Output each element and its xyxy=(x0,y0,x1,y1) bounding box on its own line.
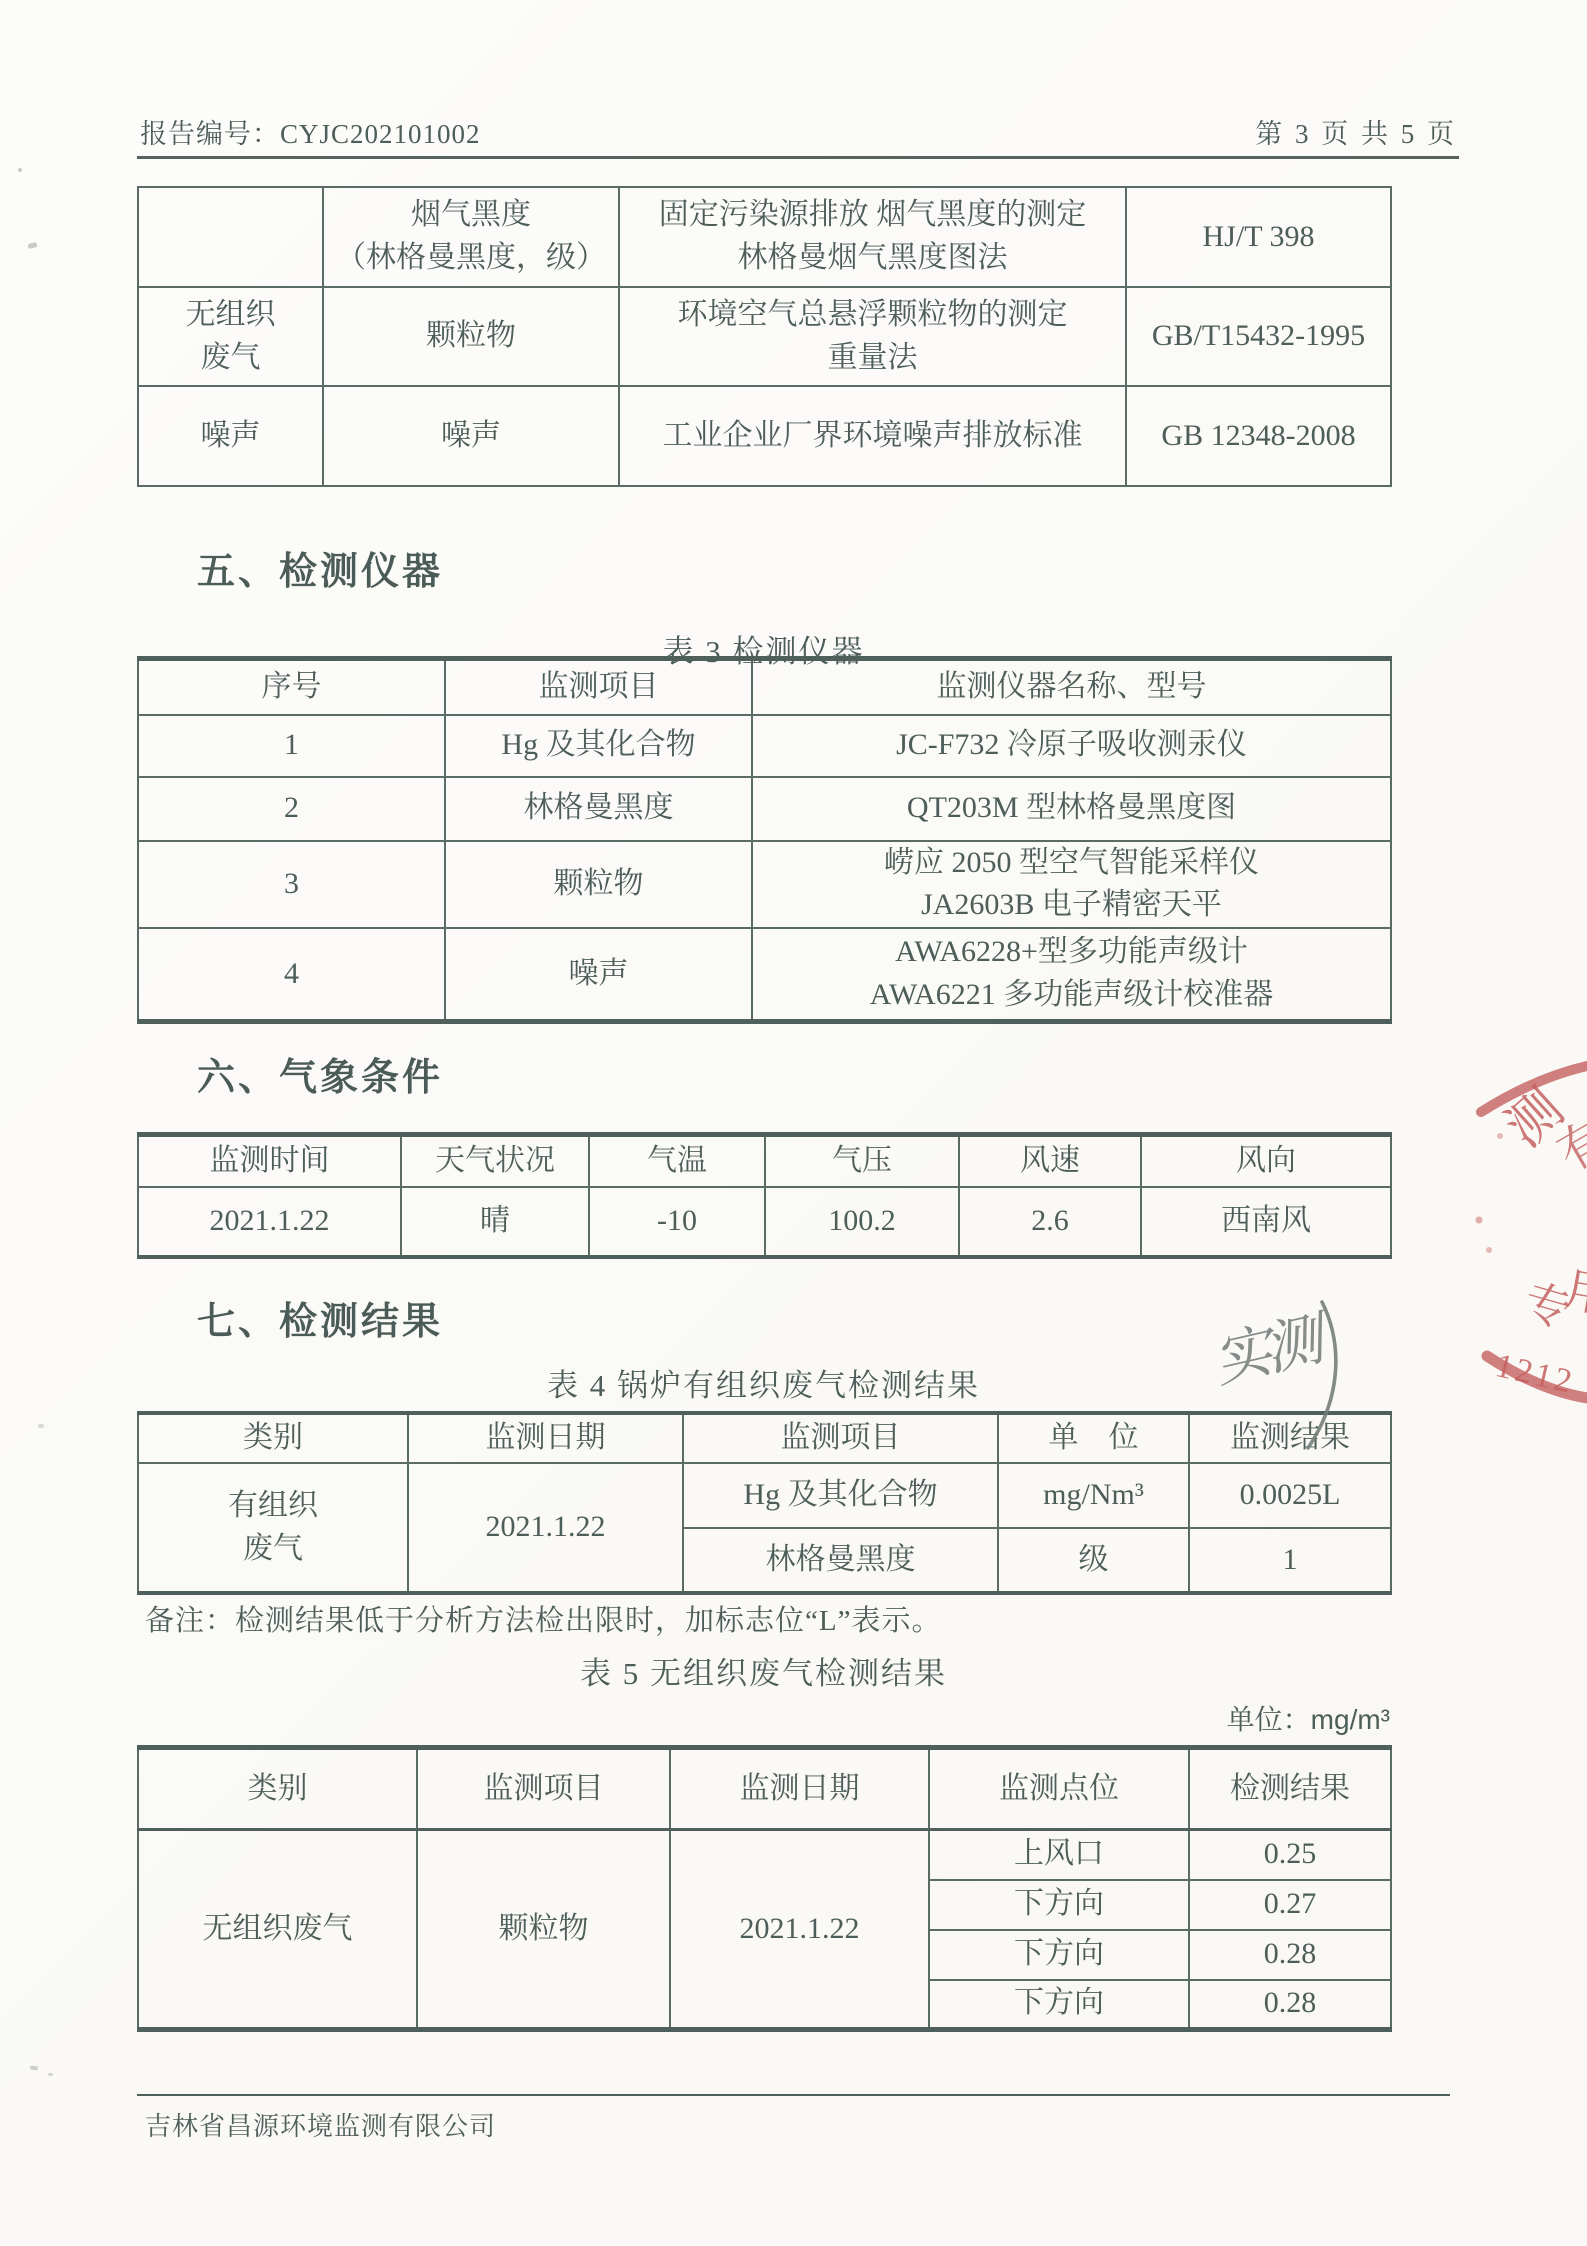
remark-note: 备注：检测结果低于分析方法检出限时，加标志位“L”表示。 xyxy=(145,1598,941,1639)
red-seal-stamp: 测 有 专 用 1212 xyxy=(1437,1008,1587,1448)
col-header-no: 序号 xyxy=(138,659,445,715)
table-row: 无组织废气 颗粒物 2021.1.22 上风口 0.25 xyxy=(138,1830,1391,1880)
cell-item: 烟气黑度 （林格曼黑度，级） xyxy=(323,187,619,287)
table4-title: 表 4 锅炉有组织废气检测结果 xyxy=(137,1360,1390,1405)
cell-item: 颗粒物 xyxy=(445,841,752,928)
col-header-category: 类别 xyxy=(138,1748,417,1830)
col-header-temp: 气温 xyxy=(589,1135,765,1187)
cell-point: 下方向 xyxy=(929,1980,1189,2030)
col-header-item: 监测项目 xyxy=(683,1413,998,1463)
table-row: 1 Hg 及其化合物 JC-F732 冷原子吸收测汞仪 xyxy=(138,715,1391,777)
cell-item: 噪声 xyxy=(445,928,752,1022)
seal-char-top2: 有 xyxy=(1548,1109,1587,1182)
col-header-date: 监测日期 xyxy=(408,1413,683,1463)
cell-result: 0.28 xyxy=(1189,1980,1391,2030)
cell-category: 噪声 xyxy=(138,386,323,486)
cell-no: 4 xyxy=(138,928,445,1022)
seal-speck-icon xyxy=(1486,1247,1492,1253)
scan-speck xyxy=(18,168,22,172)
table-row: 4 噪声 AWA6228+型多功能声级计 AWA6221 多功能声级计校准器 xyxy=(138,928,1391,1022)
scan-speck xyxy=(48,2073,53,2076)
col-header-pressure: 气压 xyxy=(765,1135,959,1187)
cell-standard: GB 12348-2008 xyxy=(1126,386,1391,486)
table5-title: 表 5 无组织废气检测结果 xyxy=(137,1648,1390,1693)
col-header-item: 监测项目 xyxy=(445,659,752,715)
seal-char-top: 测 xyxy=(1495,1078,1575,1159)
page-indicator: 第 3 页 共 5 页 xyxy=(1255,112,1457,151)
cell-instrument: JC-F732 冷原子吸收测汞仪 xyxy=(752,715,1391,777)
scan-speck xyxy=(38,1424,44,1428)
cell-item: 颗粒物 xyxy=(323,287,619,386)
col-header-date: 监测日期 xyxy=(670,1748,929,1830)
col-header-instrument: 监测仪器名称、型号 xyxy=(752,659,1391,715)
table-row: 2021.1.22 晴 -10 100.2 2.6 西南风 xyxy=(138,1187,1391,1257)
cell-item: Hg 及其化合物 xyxy=(683,1463,998,1528)
cell-wind-speed: 2.6 xyxy=(959,1187,1141,1257)
unit-label-cn: 单位： xyxy=(1227,1705,1311,1736)
cell-point: 上风口 xyxy=(929,1830,1189,1880)
seal-speck-icon xyxy=(1476,1217,1483,1224)
table-row: 无组织 废气 颗粒物 环境空气总悬浮颗粒物的测定 重量法 GB/T15432-1… xyxy=(138,287,1391,386)
section-7-heading: 七、检测结果 xyxy=(197,1290,443,1345)
col-header-point: 监测点位 xyxy=(929,1748,1189,1830)
cell-pressure: 100.2 xyxy=(765,1187,959,1257)
header-rule xyxy=(137,156,1459,159)
col-header-result: 监测结果 xyxy=(1189,1413,1391,1463)
cell-result: 0.28 xyxy=(1189,1930,1391,1980)
table-header-row: 序号 监测项目 监测仪器名称、型号 xyxy=(138,659,1391,715)
cell-temp: -10 xyxy=(589,1187,765,1257)
cell-item: 颗粒物 xyxy=(417,1830,670,2030)
table-header-row: 监测时间 天气状况 气温 气压 风速 风向 xyxy=(138,1135,1391,1187)
cell-result: 0.0025L xyxy=(1189,1463,1391,1528)
cell-category: 无组织 废气 xyxy=(138,287,323,386)
col-header-wind-speed: 风速 xyxy=(959,1135,1141,1187)
seal-arc-bottom-icon xyxy=(1487,1356,1587,1398)
unit-label-value: mg/m³ xyxy=(1311,1704,1390,1735)
cell-date: 2021.1.22 xyxy=(670,1830,929,2030)
footer-company: 吉林省昌源环境监测有限公司 xyxy=(145,2106,496,2143)
col-header-unit: 单 位 xyxy=(998,1413,1189,1463)
standards-table: 烟气黑度 （林格曼黑度，级） 固定污染源排放 烟气黑度的测定 林格曼烟气黑度图法… xyxy=(137,186,1392,487)
cell-result: 0.27 xyxy=(1189,1880,1391,1930)
cell-no: 3 xyxy=(138,841,445,928)
instruments-table: 序号 监测项目 监测仪器名称、型号 1 Hg 及其化合物 JC-F732 冷原子… xyxy=(137,656,1392,1024)
cell-standard: GB/T15432-1995 xyxy=(1126,287,1391,386)
scan-speck xyxy=(30,2065,38,2070)
cell-category: 无组织废气 xyxy=(138,1830,417,2030)
seal-digits: 1212 xyxy=(1492,1347,1578,1401)
cell-instrument: 崂应 2050 型空气智能采样仪 JA2603B 电子精密天平 xyxy=(752,841,1391,928)
cell-date: 2021.1.22 xyxy=(408,1463,683,1593)
seal-speck-icon xyxy=(1497,1133,1503,1139)
cell-point: 下方向 xyxy=(929,1930,1189,1980)
table-row: 噪声 噪声 工业企业厂界环境噪声排放标准 GB 12348-2008 xyxy=(138,386,1391,486)
table-row: 烟气黑度 （林格曼黑度，级） 固定污染源排放 烟气黑度的测定 林格曼烟气黑度图法… xyxy=(138,187,1391,287)
seal-arc-top-icon xyxy=(1481,1066,1587,1112)
cell-category xyxy=(138,187,323,287)
cell-category: 有组织 废气 xyxy=(138,1463,408,1593)
section-5-heading: 五、检测仪器 xyxy=(197,540,443,595)
table-row: 2 林格曼黑度 QT203M 型林格曼黑度图 xyxy=(138,777,1391,841)
table-row: 有组织 废气 2021.1.22 Hg 及其化合物 mg/Nm³ 0.0025L xyxy=(138,1463,1391,1528)
cell-instrument: QT203M 型林格曼黑度图 xyxy=(752,777,1391,841)
scanned-report-page: 报告编号：CYJC202101002 第 3 页 共 5 页 烟气黑度 （林格曼… xyxy=(0,0,1587,2246)
unit-label: 单位：mg/m³ xyxy=(137,1698,1390,1738)
cell-method: 工业企业厂界环境噪声排放标准 xyxy=(619,386,1126,486)
organized-gas-results-table: 类别 监测日期 监测项目 单 位 监测结果 有组织 废气 2021.1.22 H… xyxy=(137,1411,1392,1595)
cell-unit: mg/Nm³ xyxy=(998,1463,1189,1528)
cell-time: 2021.1.22 xyxy=(138,1187,401,1257)
section-6-heading: 六、气象条件 xyxy=(197,1046,443,1101)
col-header-category: 类别 xyxy=(138,1413,408,1463)
cell-point: 下方向 xyxy=(929,1880,1189,1930)
cell-result: 1 xyxy=(1189,1528,1391,1593)
cell-item: 林格曼黑度 xyxy=(445,777,752,841)
footer-rule xyxy=(137,2094,1450,2096)
scan-speck xyxy=(28,242,38,249)
cell-unit: 级 xyxy=(998,1528,1189,1593)
cell-method: 固定污染源排放 烟气黑度的测定 林格曼烟气黑度图法 xyxy=(619,187,1126,287)
cell-item: 林格曼黑度 xyxy=(683,1528,998,1593)
table-row: 3 颗粒物 崂应 2050 型空气智能采样仪 JA2603B 电子精密天平 xyxy=(138,841,1391,928)
cell-wind-dir: 西南风 xyxy=(1141,1187,1391,1257)
cell-no: 1 xyxy=(138,715,445,777)
cell-sky: 晴 xyxy=(401,1187,589,1257)
seal-char-mid1: 专 xyxy=(1518,1275,1576,1337)
cell-method: 环境空气总悬浮颗粒物的测定 重量法 xyxy=(619,287,1126,386)
weather-table: 监测时间 天气状况 气温 气压 风速 风向 2021.1.22 晴 -10 10… xyxy=(137,1132,1392,1259)
col-header-result: 检测结果 xyxy=(1189,1748,1391,1830)
col-header-sky: 天气状况 xyxy=(401,1135,589,1187)
cell-instrument: AWA6228+型多功能声级计 AWA6221 多功能声级计校准器 xyxy=(752,928,1391,1022)
fugitive-gas-results-table: 类别 监测项目 监测日期 监测点位 检测结果 无组织废气 颗粒物 2021.1.… xyxy=(137,1745,1392,2032)
report-number: 报告编号：CYJC202101002 xyxy=(140,112,481,151)
cell-no: 2 xyxy=(138,777,445,841)
cell-item: Hg 及其化合物 xyxy=(445,715,752,777)
seal-char-mid2: 用 xyxy=(1561,1264,1587,1325)
col-header-wind-dir: 风向 xyxy=(1141,1135,1391,1187)
table-header-row: 类别 监测项目 监测日期 监测点位 检测结果 xyxy=(138,1748,1391,1830)
cell-standard: HJ/T 398 xyxy=(1126,187,1391,287)
col-header-time: 监测时间 xyxy=(138,1135,401,1187)
col-header-item: 监测项目 xyxy=(417,1748,670,1830)
cell-item: 噪声 xyxy=(323,386,619,486)
cell-result: 0.25 xyxy=(1189,1830,1391,1880)
table-header-row: 类别 监测日期 监测项目 单 位 监测结果 xyxy=(138,1413,1391,1463)
